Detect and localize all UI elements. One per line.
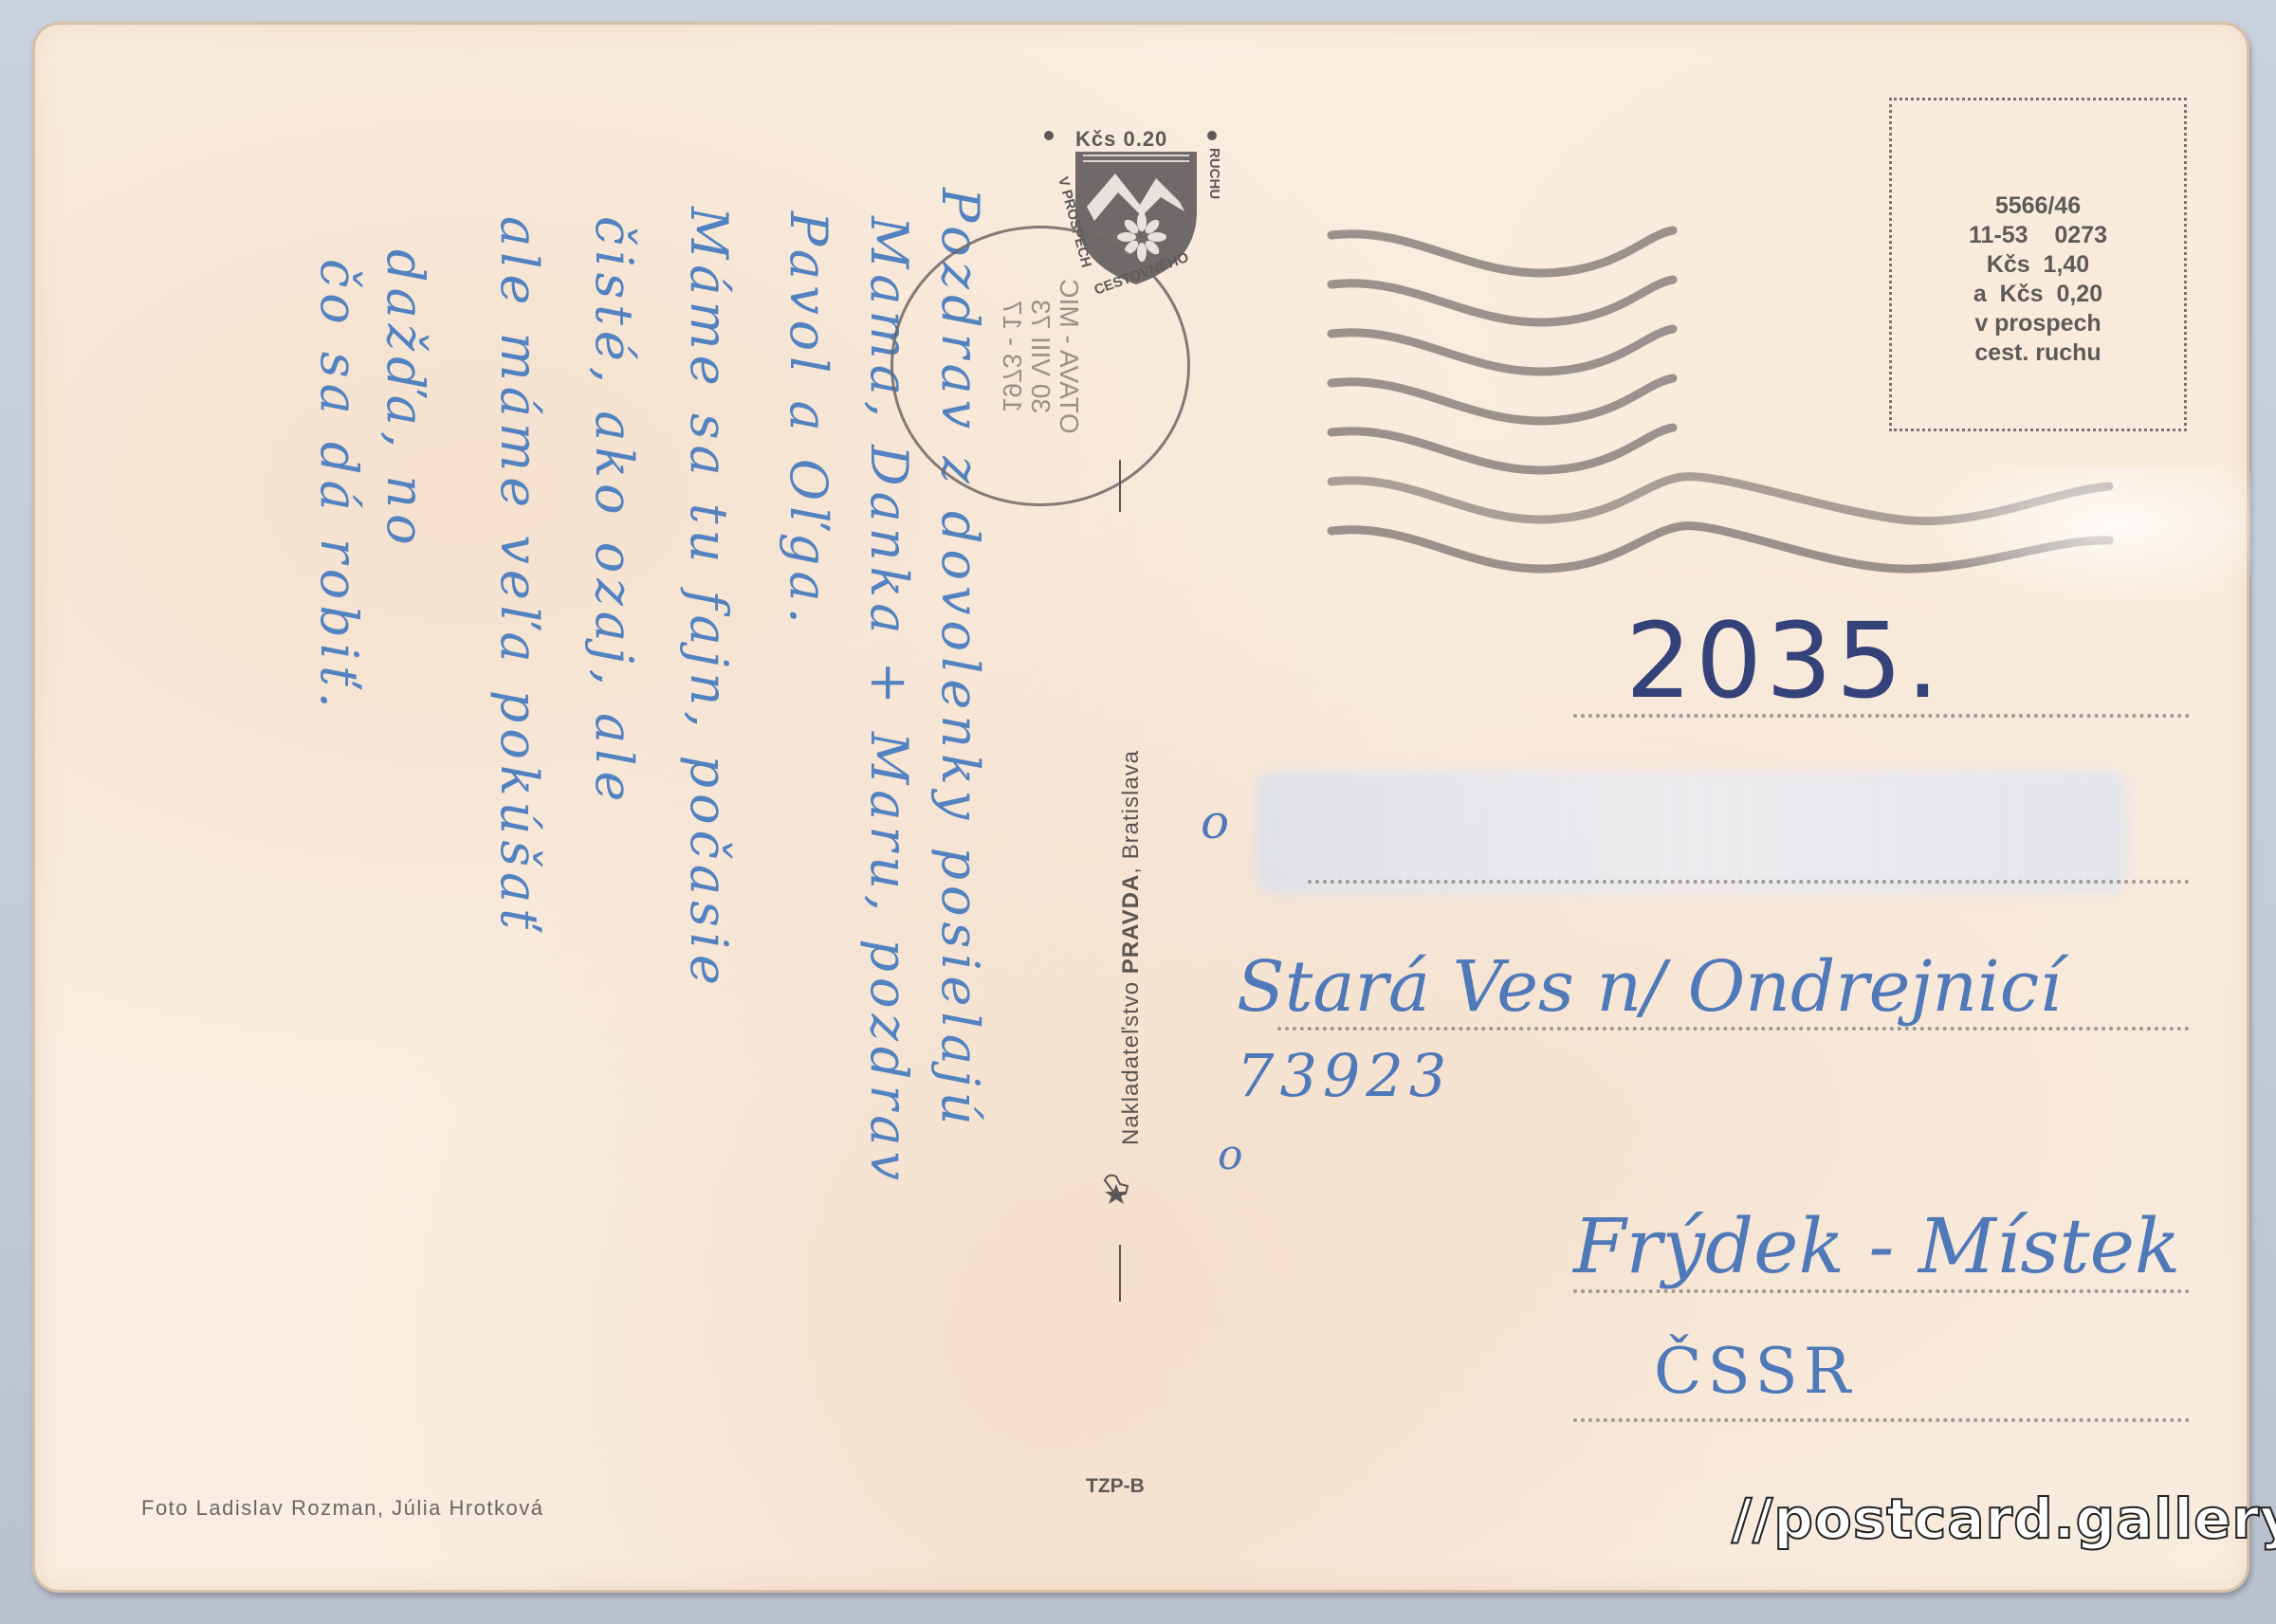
margin-mark: o xyxy=(1218,1131,1243,1179)
message-line: dažďa, no xyxy=(376,249,435,551)
postmark-text: OTAVA - MIC 30 VIII 73 1973 - 17 xyxy=(998,210,1083,503)
postcard: Pozdrav z dovolenky posielajú Mama, Dank… xyxy=(32,22,2249,1593)
message-line: čisté, ako ozaj, ale xyxy=(584,216,644,807)
redacted-recipient-name xyxy=(1256,771,2128,894)
address-zip: 73923 xyxy=(1237,1041,1452,1110)
postmark: OTAVA - MIC 30 VIII 73 1973 - 17 xyxy=(890,226,1190,506)
svg-text:RUCHU: RUCHU xyxy=(1206,148,1222,199)
charity-stamp-value: Kčs 0.20 xyxy=(1075,127,1167,152)
message-line: ale máme veľa pokúšať xyxy=(489,216,549,935)
publisher-code: TZP-B xyxy=(1086,1475,1145,1498)
postage-line: a Kčs 0,20 xyxy=(1892,280,2184,309)
address-city: Frýdek - Místek xyxy=(1573,1202,2180,1290)
postage-line: cest. ruchu xyxy=(1892,338,2184,368)
postage-line: 11-53 0273 xyxy=(1892,221,2184,250)
pravda-star-logo-icon xyxy=(1099,1171,1137,1209)
address-line-5 xyxy=(1573,1418,2190,1422)
vertical-divider-top xyxy=(1119,460,1121,512)
photo-credit: Foto Ladislav Rozman, Júlia Hrotková xyxy=(141,1496,544,1521)
postage-line: v prospech xyxy=(1892,309,2184,338)
address-line-4 xyxy=(1573,1289,2190,1293)
postage-line: Kčs 1,40 xyxy=(1892,250,2184,280)
address-number: 2035. xyxy=(1625,600,1943,721)
postage-paid-box: 5566/46 11-53 0273 Kčs 1,40 a Kčs 0,20 v… xyxy=(1889,98,2187,431)
torn-paper-area xyxy=(1910,467,2251,610)
postage-line: 5566/46 xyxy=(1892,192,2184,221)
message-line: čo sa dá robiť. xyxy=(309,259,369,714)
vertical-divider-bottom xyxy=(1119,1245,1121,1302)
address-line-2 xyxy=(1308,880,2190,884)
address-line-1 xyxy=(1573,714,2190,718)
watermark: //postcard.gallery xyxy=(1732,1487,2276,1551)
margin-mark: o xyxy=(1201,794,1229,849)
address-line-3 xyxy=(1277,1027,2190,1031)
message-line: Máme sa tu fajn, počasie xyxy=(679,207,739,991)
publisher-imprint: Nakladateľstvo PRAVDA, Bratislava xyxy=(1118,750,1145,1145)
address-country: ČSSR xyxy=(1654,1335,1856,1408)
message-line: Pavol a Oľga. xyxy=(779,211,838,630)
address-street: Stará Ves n/ Ondrejnicí xyxy=(1237,946,2062,1028)
